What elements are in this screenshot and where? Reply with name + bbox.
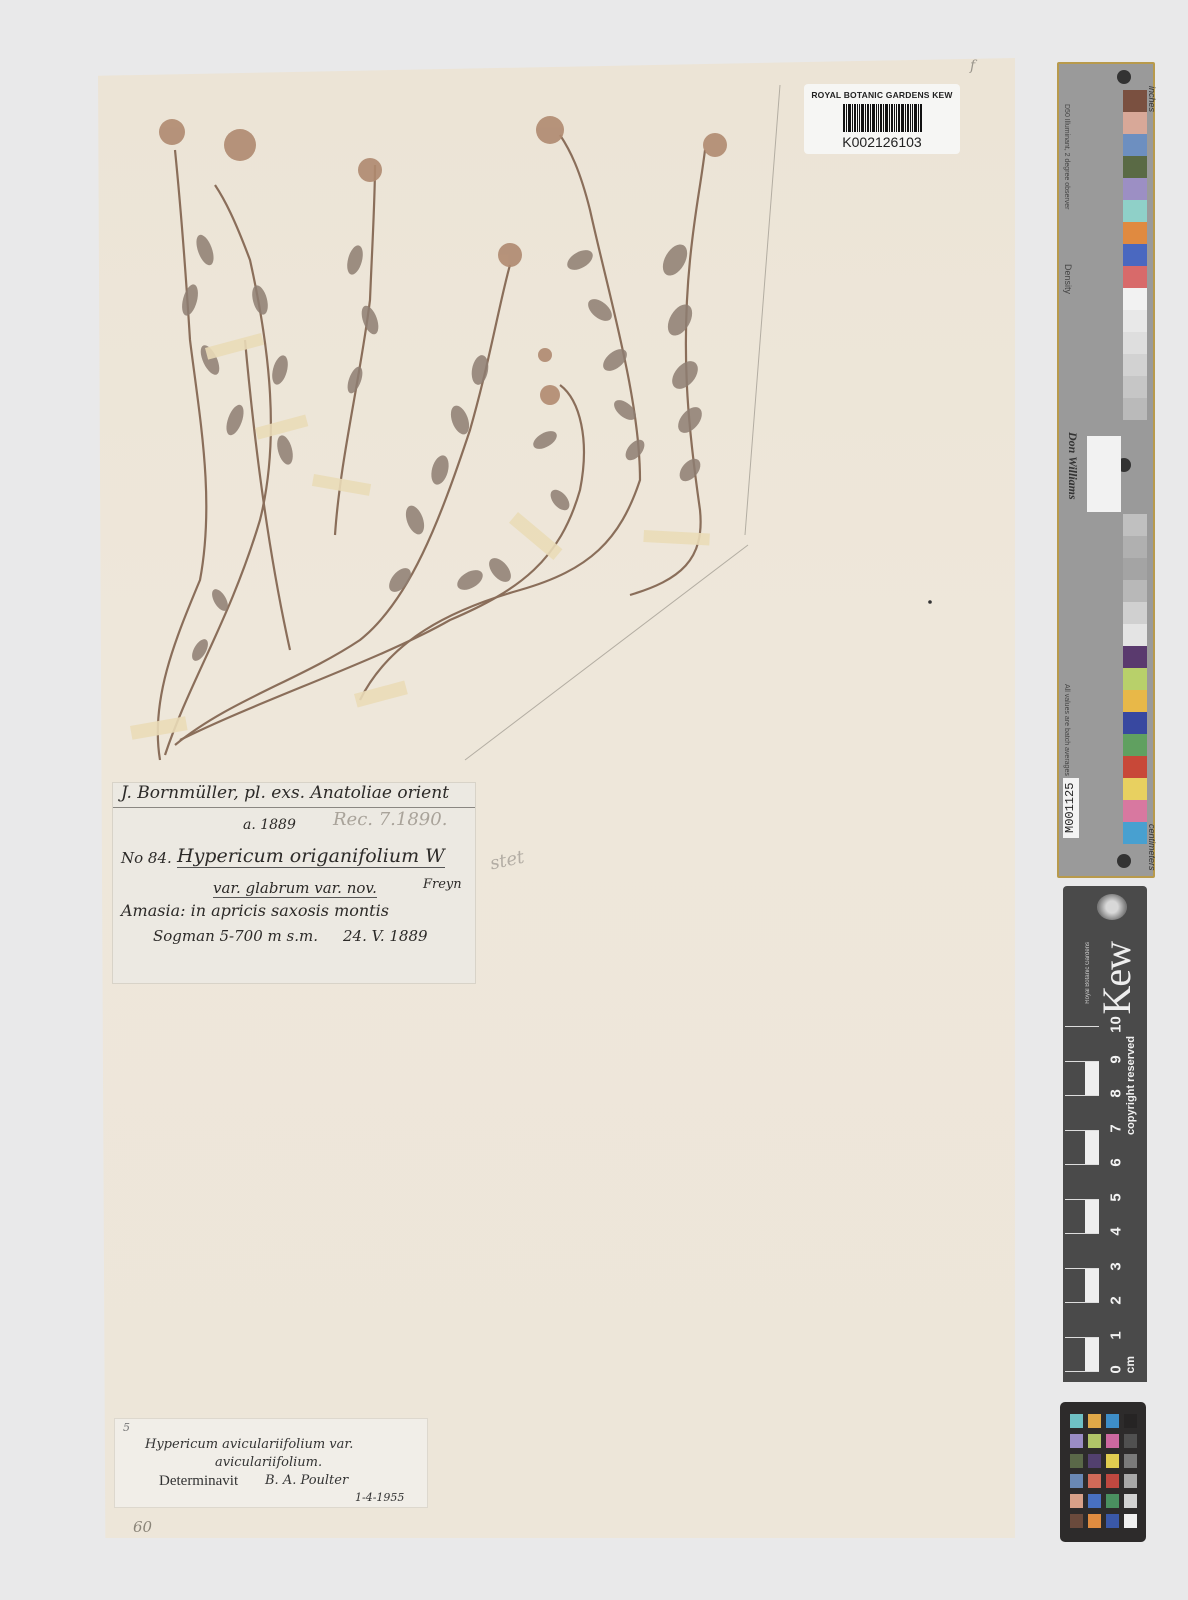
color-patch [1123,580,1147,602]
received-stamp: Rec. 7.1890. [333,809,447,830]
values-note: All values are batch averages [1063,684,1070,776]
checker-patch [1106,1474,1119,1488]
color-patch [1123,558,1147,580]
color-patch [1123,734,1147,756]
checker-patch [1124,1474,1137,1488]
kew-logo: Kew [1093,942,1140,1015]
checker-patch [1070,1414,1083,1428]
kew-subtitle: Royal Botanic Gardens [1085,942,1091,1004]
kew-crest-icon [1097,894,1127,920]
scale-number: 4 [1108,1223,1125,1241]
scale-white-block [1085,1337,1099,1372]
strip-brand: Don Williams [1065,432,1080,500]
color-patch [1123,822,1147,844]
checker-patch [1106,1514,1119,1528]
checker-patch [1124,1494,1137,1508]
determination-date: 1-4-1955 [355,1491,404,1504]
checker-patch [1088,1494,1101,1508]
checker-patch [1124,1414,1137,1428]
scale-tick [1065,1337,1099,1338]
scale-tick [1065,1061,1099,1062]
checker-patch [1070,1434,1083,1448]
centimeters-label: centimeters [1147,824,1157,871]
taxon-name: Hypericum origanifolium W [177,845,445,868]
scale-white-block [1085,1268,1099,1303]
collection-date: 24. V. 1889 [343,927,428,945]
det-taxon-line2: aviculariifolium. [215,1455,322,1470]
scale-white-block [1085,1061,1099,1096]
scale-number: 8 [1108,1085,1125,1103]
color-patch [1123,112,1147,134]
strip-hole-top [1117,70,1131,84]
checker-patch [1088,1454,1101,1468]
scale-white-block [1085,1130,1099,1165]
color-patch [1123,624,1147,646]
variety-author: Freyn [423,877,462,892]
scale-tick [1065,1164,1099,1165]
illuminant-text: D50 Illuminant, 2 degree observer [1063,104,1070,209]
scale-unit: cm [1123,1356,1137,1373]
corner-pencil-mark: f [970,58,975,74]
color-patch [1123,514,1147,536]
checker-patch [1106,1434,1119,1448]
det-taxon-line1: Hypericum aviculariifolium var. [145,1437,353,1452]
collector-line: J. Bornmüller, pl. exs. Anatoliae orient [121,783,449,803]
color-patch [1123,690,1147,712]
scale-tick [1065,1199,1099,1200]
scale-number: 9 [1108,1050,1125,1068]
inches-label: inches [1147,86,1157,112]
barcode-number: K002126103 [804,134,960,150]
checker-patch [1088,1514,1101,1528]
color-patch [1123,332,1147,354]
strip-patches-top [1123,90,1147,420]
scale-tick [1065,1371,1099,1372]
checker-patch [1070,1514,1083,1528]
color-patch [1123,712,1147,734]
scale-number: 5 [1108,1188,1125,1206]
locality: Amasia: in apricis saxosis montis [121,901,389,920]
color-patch [1123,288,1147,310]
color-patch [1123,646,1147,668]
checker-patch [1106,1494,1119,1508]
determination-label: 5 Hypericum aviculariifolium var. avicul… [114,1418,428,1508]
scale-white-block [1085,1199,1099,1234]
checker-patch [1088,1414,1101,1428]
color-patch [1123,800,1147,822]
color-patch [1123,778,1147,800]
scale-number: 2 [1108,1292,1125,1310]
color-patch [1123,536,1147,558]
color-patch [1123,156,1147,178]
color-patch [1123,376,1147,398]
checker-patch [1124,1514,1137,1528]
strip-hole-bottom [1117,854,1131,868]
color-patch [1123,134,1147,156]
scale-tick [1065,1026,1099,1027]
checker-patch [1124,1454,1137,1468]
sheet-number: 60 [133,1518,152,1536]
collection-year: a. 1889 [243,817,296,833]
det-number: 5 [123,1421,130,1434]
strip-id: M001125 [1063,778,1079,838]
color-patch [1123,756,1147,778]
color-patch [1123,200,1147,222]
color-patch [1123,178,1147,200]
label-rule [113,807,475,808]
checker-patch [1070,1474,1083,1488]
color-checker-grid [1070,1414,1137,1528]
specimen-number: No 84. [121,849,172,867]
scale-tick [1065,1130,1099,1131]
checker-patch [1106,1454,1119,1468]
checker-patch [1088,1434,1101,1448]
scale-number: 7 [1108,1119,1125,1137]
color-patch [1123,354,1147,376]
scale-number: 6 [1108,1154,1125,1172]
locality-altitude: Sogman 5-700 m s.m. [153,927,318,945]
scale-tick [1065,1268,1099,1269]
color-patch [1123,90,1147,112]
checker-patch [1088,1474,1101,1488]
color-patch [1123,266,1147,288]
scale-tick [1065,1233,1099,1234]
scale-number: 0 [1108,1361,1125,1379]
checker-patch [1070,1494,1083,1508]
color-calibration-strip: D50 Illuminant, 2 degree observer Densit… [1057,62,1155,878]
barcode-label: ROYAL BOTANIC GARDENS KEW K002126103 [804,84,960,154]
variety-name: var. glabrum var. nov. [213,879,377,898]
scale-tick [1065,1095,1099,1096]
determinavit-label: Determinavit [159,1473,238,1490]
barcode-bars [818,104,946,132]
color-patch [1123,310,1147,332]
scale-number: 3 [1108,1257,1125,1275]
scale-number: 1 [1108,1326,1125,1344]
checker-patch [1070,1454,1083,1468]
color-patch [1123,602,1147,624]
copyright-text: copyright reserved [1125,1036,1137,1135]
color-patch [1123,244,1147,266]
strip-step-target [1087,436,1121,512]
kew-scale-bar: Royal Botanic Gardens Kew 012345678910 c… [1063,886,1147,1382]
strip-patches-bottom [1123,514,1147,844]
collector-label: J. Bornmüller, pl. exs. Anatoliae orient… [112,782,476,984]
checker-patch [1106,1414,1119,1428]
determiner-name: B. A. Poulter [265,1473,348,1488]
checker-patch [1124,1434,1137,1448]
barcode-organization: ROYAL BOTANIC GARDENS KEW [804,90,960,100]
scale-number: 10 [1108,1016,1125,1034]
color-patch [1123,668,1147,690]
scale-segments: 012345678910 [1065,1026,1099,1382]
density-label: Density [1063,264,1073,294]
color-patch [1123,398,1147,420]
color-checker-card [1060,1402,1146,1542]
color-patch [1123,222,1147,244]
scale-tick [1065,1302,1099,1303]
